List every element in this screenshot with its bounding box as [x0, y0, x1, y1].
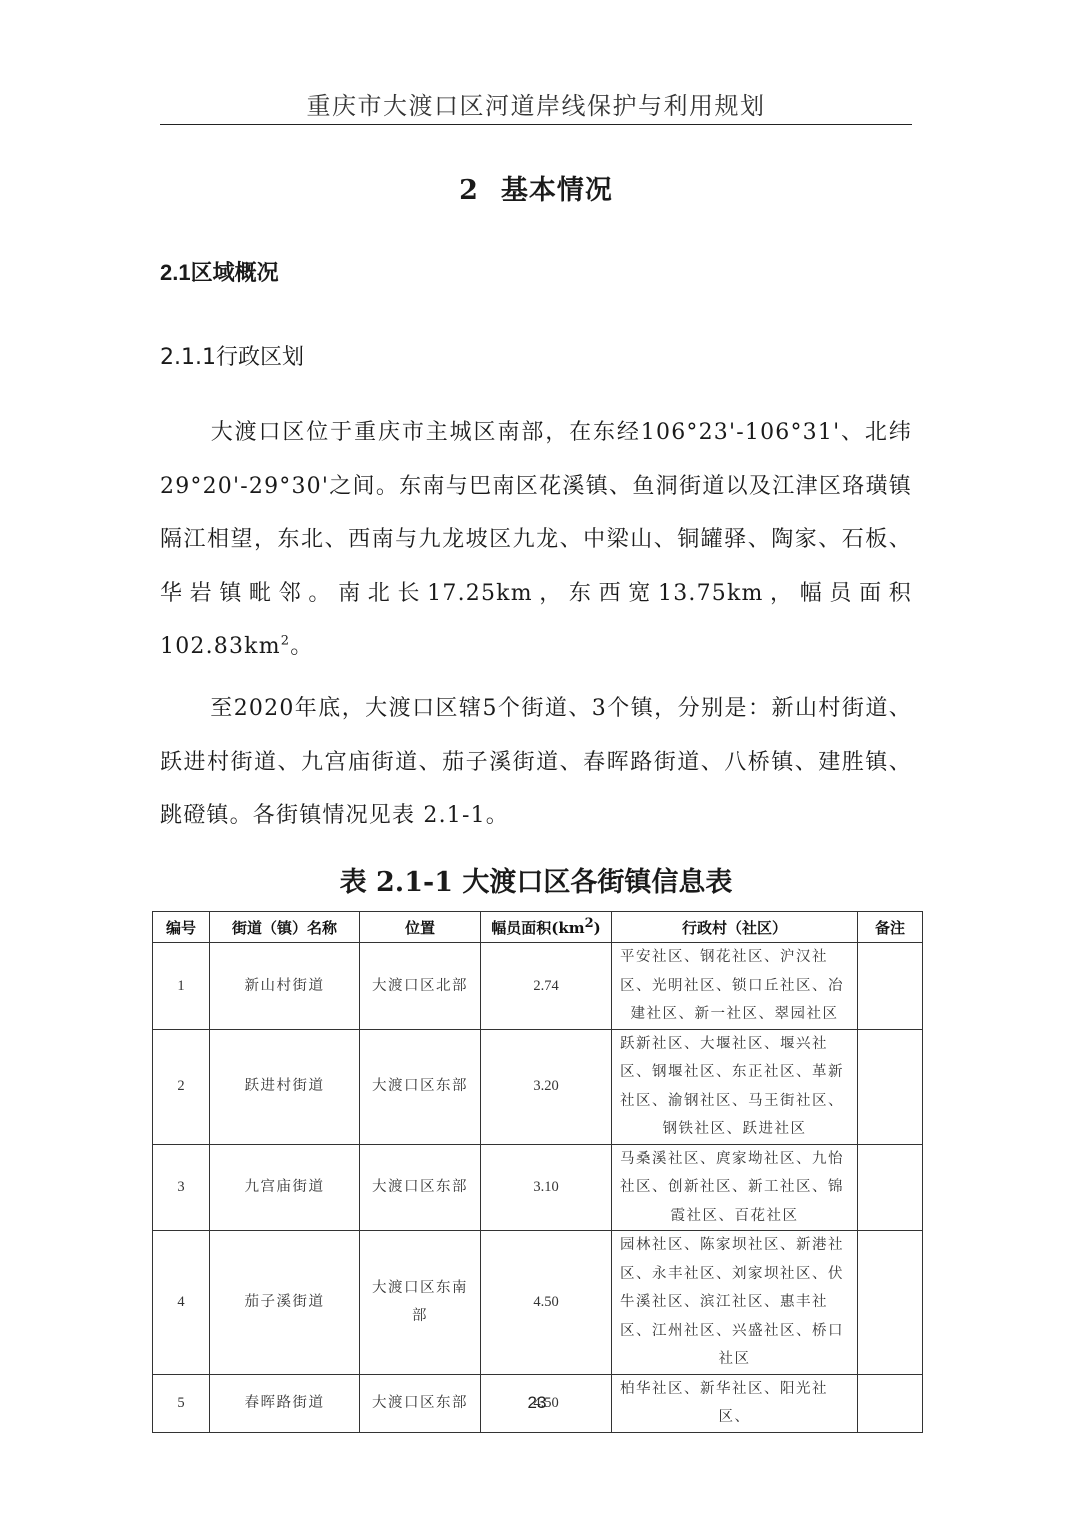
cell-name: 跃进村街道	[210, 1029, 360, 1144]
cell-location: 大渡口区东南部	[360, 1231, 481, 1375]
cell-no: 1	[153, 943, 210, 1030]
cell-location: 大渡口区北部	[360, 943, 481, 1030]
cell-name: 九宫庙街道	[210, 1144, 360, 1231]
table-header-row: 编号 街道（镇）名称 位置 幅员面积(km2) 行政村（社区） 备注	[153, 912, 923, 943]
header-villages: 行政村（社区）	[612, 912, 858, 943]
header-location: 位置	[360, 912, 481, 943]
cell-remarks	[858, 1029, 923, 1144]
running-header: 重庆市大渡口区河道岸线保护与利用规划	[160, 86, 912, 121]
chapter-title: 2基本情况	[160, 168, 912, 207]
page-number: 23	[0, 1393, 1074, 1413]
cell-location: 大渡口区东部	[360, 1144, 481, 1231]
paragraph-location: 大渡口区位于重庆市主城区南部，在东经106°23'-106°31'、北纬29°2…	[160, 406, 912, 674]
cell-remarks	[858, 943, 923, 1030]
cell-villages: 马桑溪社区、庹家坳社区、九怡社区、创新社区、新工社区、锦霞社区、百花社区	[612, 1144, 858, 1231]
cell-name: 新山村街道	[210, 943, 360, 1030]
cell-villages: 跃新社区、大堰社区、堰兴社区、钢堰社区、东正社区、革新社区、渝钢社区、马王街社区…	[612, 1029, 858, 1144]
table-row: 1 新山村街道 大渡口区北部 2.74 平安社区、钢花社区、沪汉社区、光明社区、…	[153, 943, 923, 1030]
paragraph-text: 至2020年底，大渡口区辖5个街道、3个镇，分别是：新山村街道、跃进村街道、九宫…	[160, 696, 912, 828]
header-area: 幅员面积(km2)	[481, 912, 612, 943]
cell-area: 3.10	[481, 1144, 612, 1231]
cell-remarks	[858, 1144, 923, 1231]
chapter-title-text: 基本情况	[501, 175, 613, 206]
paragraph-text-end: 。	[290, 634, 313, 659]
cell-area: 2.74	[481, 943, 612, 1030]
table-row: 3 九宫庙街道 大渡口区东部 3.10 马桑溪社区、庹家坳社区、九怡社区、创新社…	[153, 1144, 923, 1231]
districts-table: 编号 街道（镇）名称 位置 幅员面积(km2) 行政村（社区） 备注 1 新山村…	[152, 911, 923, 1433]
cell-no: 3	[153, 1144, 210, 1231]
cell-remarks	[858, 1231, 923, 1375]
table-row: 2 跃进村街道 大渡口区东部 3.20 跃新社区、大堰社区、堰兴社区、钢堰社区、…	[153, 1029, 923, 1144]
cell-villages: 平安社区、钢花社区、沪汉社区、光明社区、锁口丘社区、冶建社区、新一社区、翠园社区	[612, 943, 858, 1030]
header-name: 街道（镇）名称	[210, 912, 360, 943]
header-no: 编号	[153, 912, 210, 943]
cell-location: 大渡口区东部	[360, 1029, 481, 1144]
paragraph-text: 大渡口区位于重庆市主城区南部，在东经106°23'-106°31'、北纬29°2…	[160, 420, 912, 659]
cell-no: 4	[153, 1231, 210, 1375]
subsection-title: 2.1.1行政区划	[160, 340, 304, 371]
cell-no: 2	[153, 1029, 210, 1144]
cell-villages: 园林社区、陈家坝社区、新港社区、永丰社区、刘家坝社区、伏牛溪社区、滨江社区、惠丰…	[612, 1231, 858, 1375]
header-rule	[160, 124, 912, 125]
chapter-number: 2	[459, 175, 479, 206]
table-row: 4 茄子溪街道 大渡口区东南部 4.50 园林社区、陈家坝社区、新港社区、永丰社…	[153, 1231, 923, 1375]
cell-area: 3.20	[481, 1029, 612, 1144]
cell-area: 4.50	[481, 1231, 612, 1375]
section-title: 2.1区域概况	[160, 256, 279, 287]
cell-name: 茄子溪街道	[210, 1231, 360, 1375]
superscript: 2	[281, 634, 290, 649]
header-remarks: 备注	[858, 912, 923, 943]
table-caption: 表 2.1-1 大渡口区各街镇信息表	[160, 860, 912, 899]
paragraph-divisions: 至2020年底，大渡口区辖5个街道、3个镇，分别是：新山村街道、跃进村街道、九宫…	[160, 682, 912, 843]
